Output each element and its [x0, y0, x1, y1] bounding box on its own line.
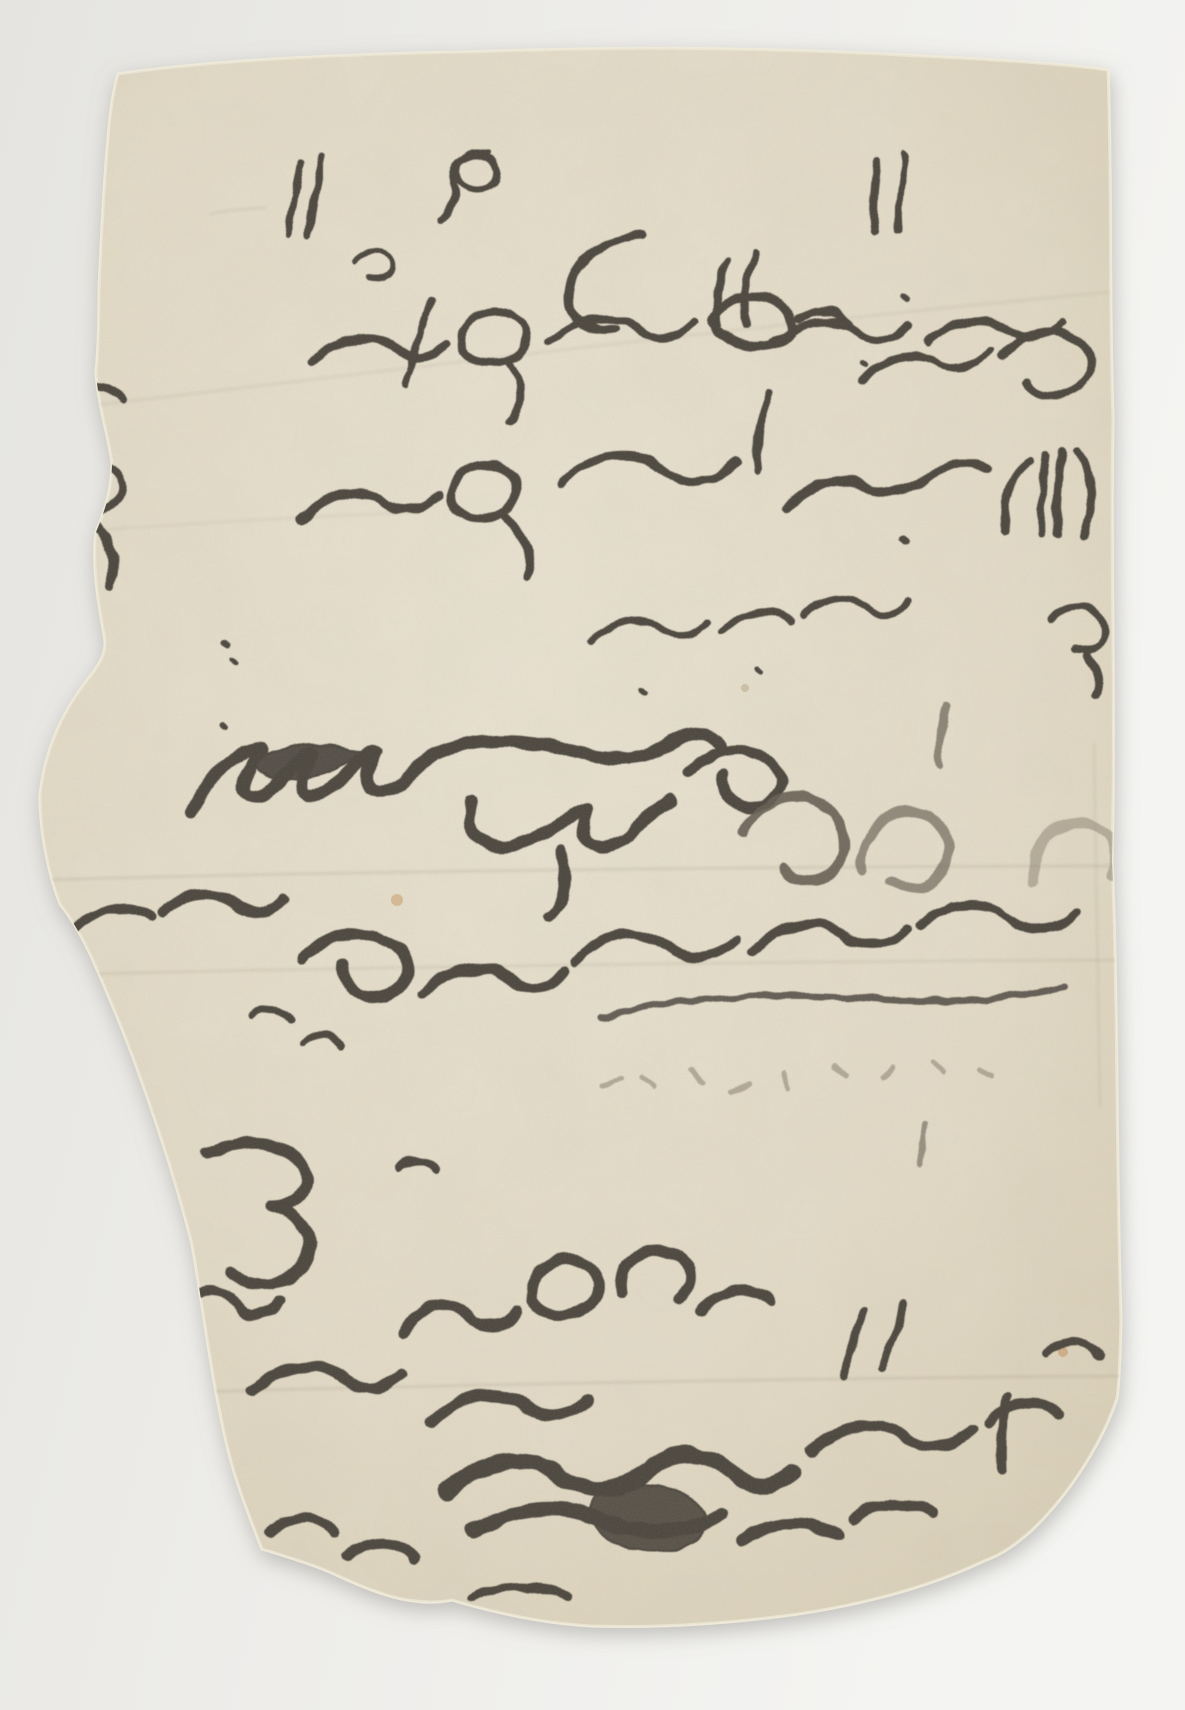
manuscript-figure: Fragment of a handwritten manuscript lea…: [0, 0, 1185, 1710]
manuscript-photo: [0, 0, 1185, 1710]
